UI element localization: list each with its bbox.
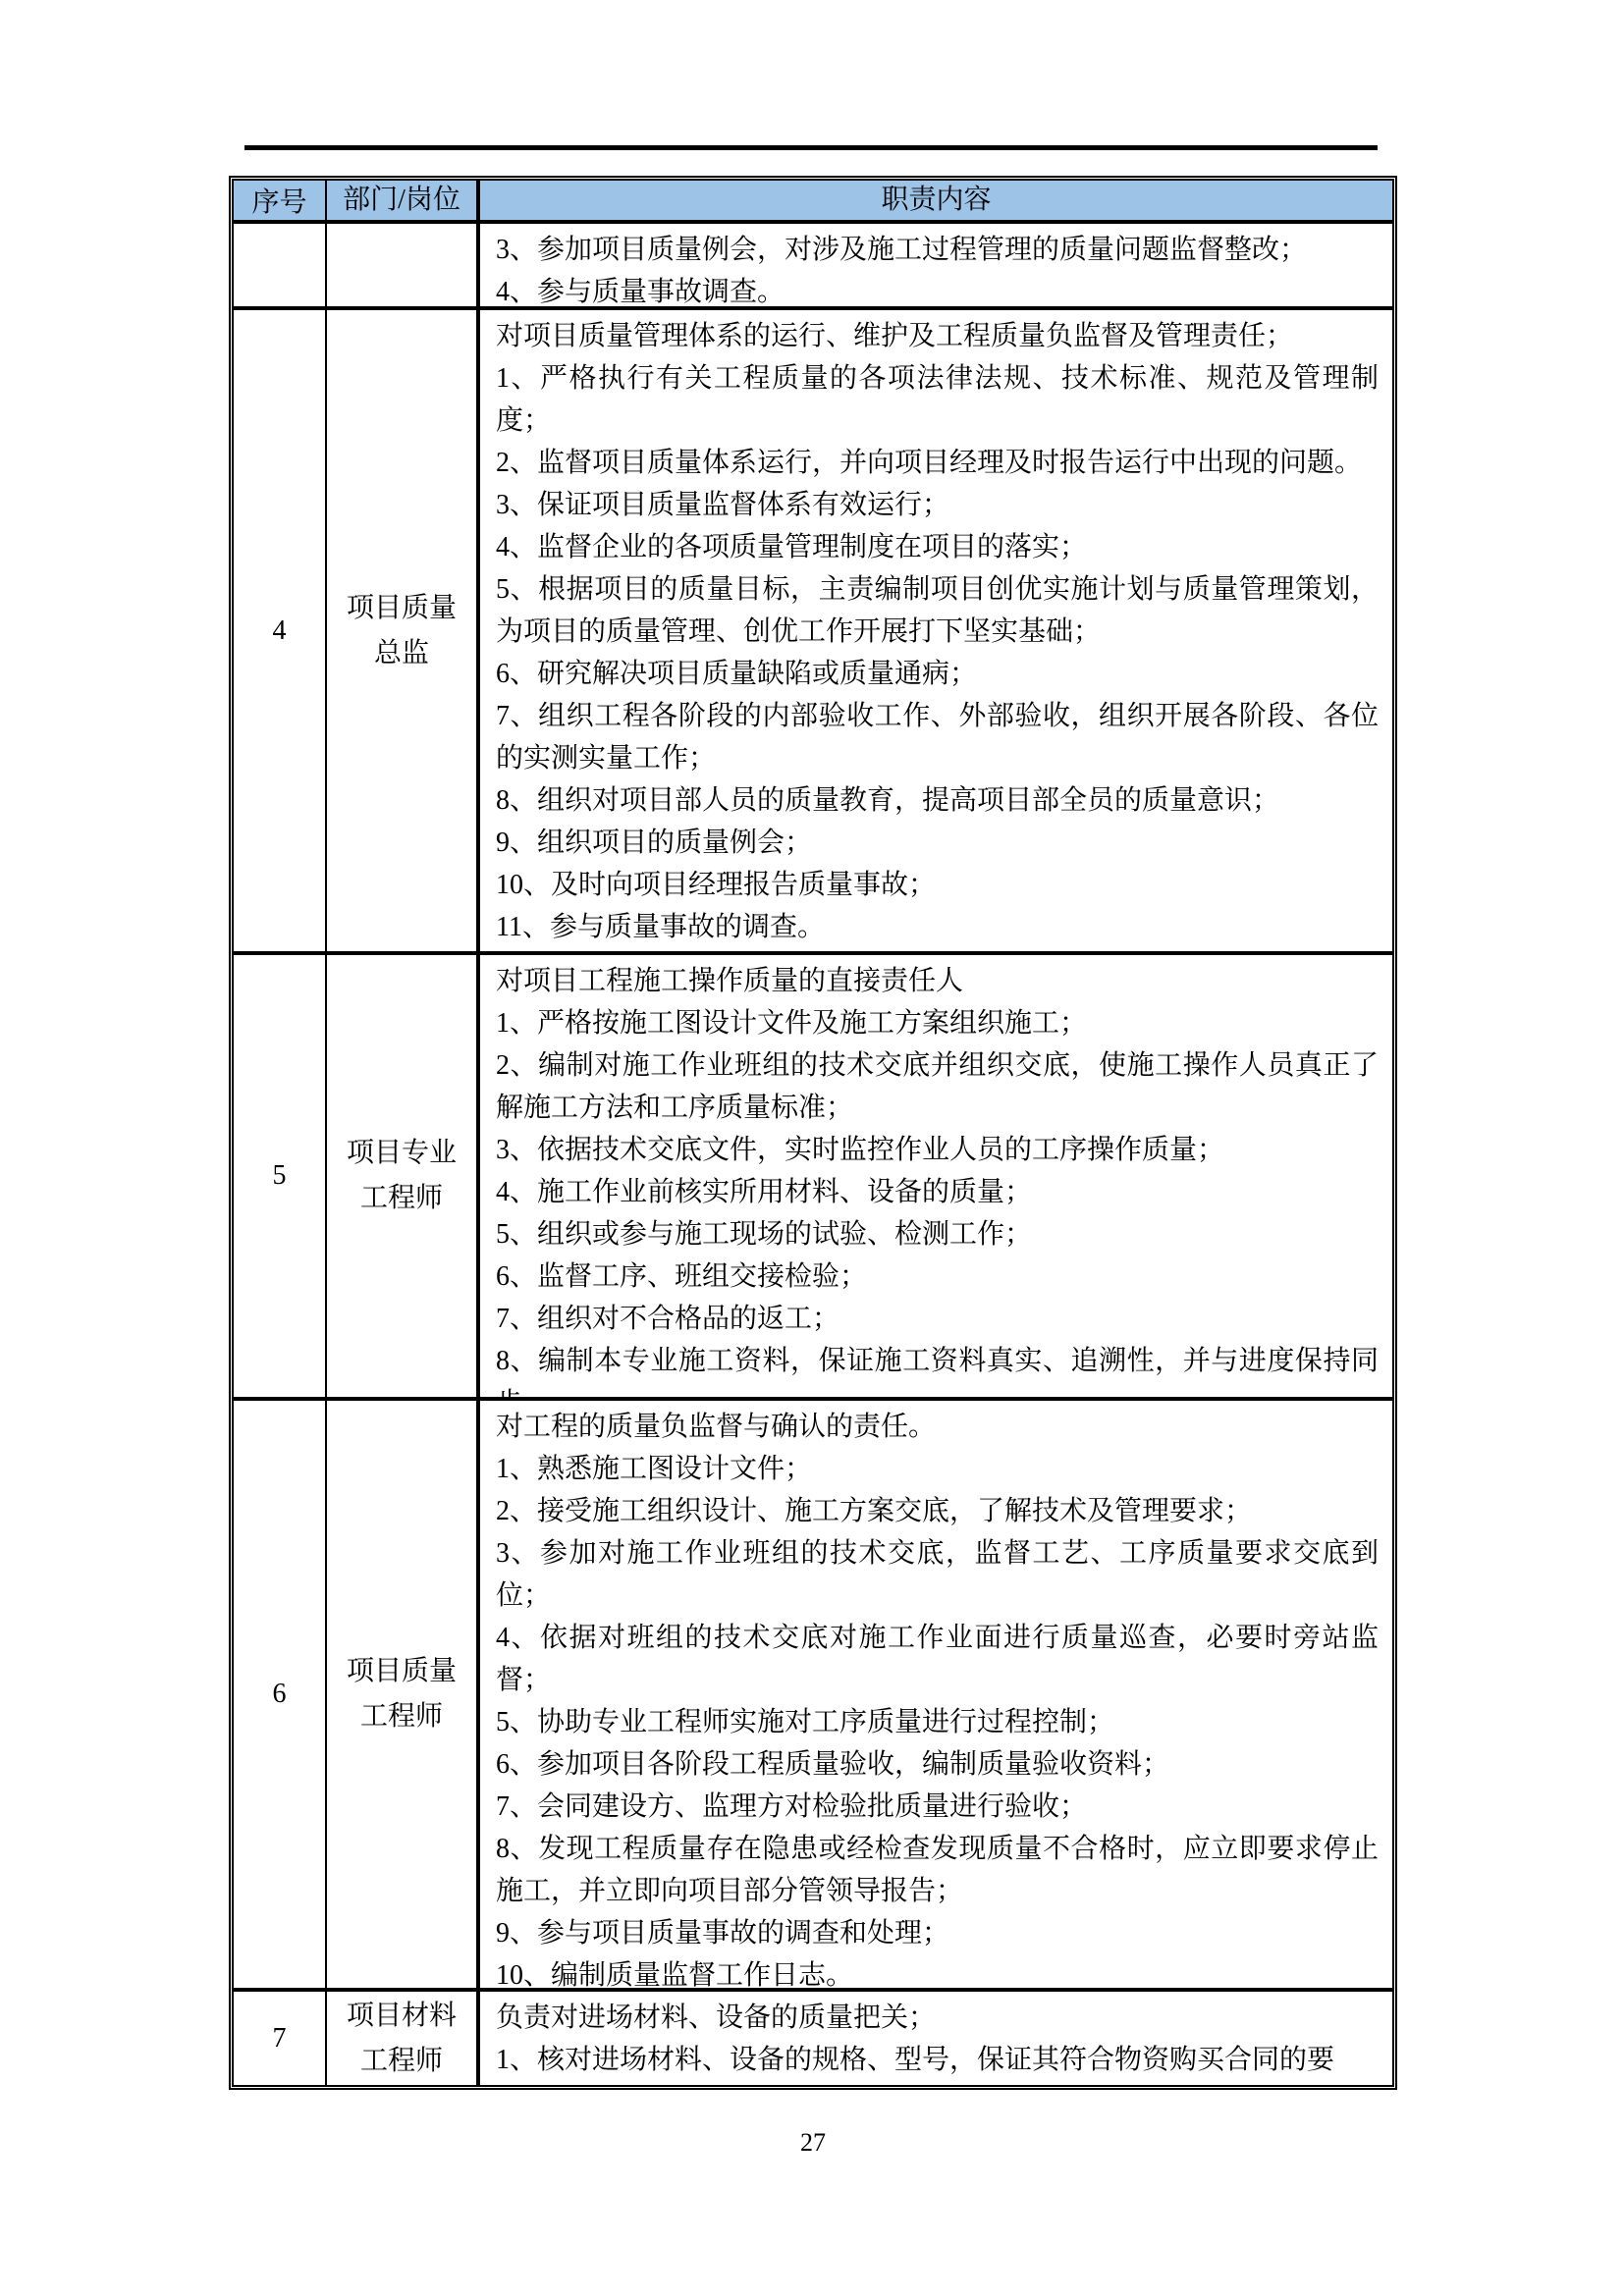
duty-item: 7、组织对不合格品的返工；: [496, 1298, 1379, 1340]
row-department-cell: 项目专业 工程师: [327, 955, 480, 1397]
duty-item: 对项目质量管理体系的运行、维护及工程质量负监督及管理责任；: [496, 315, 1379, 357]
duty-item: 3、保证项目质量监督体系有效运行；: [496, 484, 1379, 526]
duty-item: 7、组织工程各阶段的内部验收工作、外部验收，组织开展各阶段、各位的实测实量工作；: [496, 695, 1379, 779]
duty-item: 10、及时向项目经理报告质量事故；: [496, 864, 1379, 906]
duty-item: 6、参加项目各阶段工程质量验收，编制质量验收资料；: [496, 1743, 1379, 1786]
table-row: 3、参加项目质量例会，对涉及施工过程管理的质量问题监督整改；4、参与质量事故调查…: [234, 224, 1392, 310]
duty-item: 5、根据项目的质量目标，主责编制项目创优实施计划与质量管理策划，为项目的质量管理…: [496, 568, 1379, 653]
duty-item: 对工程的质量负监督与确认的责任。: [496, 1406, 1379, 1448]
responsibilities-table: 序号 部门/岗位 职责内容 3、参加项目质量例会，对涉及施工过程管理的质量问题监…: [229, 176, 1397, 2090]
duty-item: 3、参加对施工作业班组的技术交底，监督工艺、工序质量要求交底到位；: [496, 1532, 1379, 1617]
duty-item: 2、监督项目质量体系运行，并向项目经理及时报告运行中出现的问题。: [496, 442, 1379, 484]
duty-item: 9、参与项目质量事故的调查和处理；: [496, 1912, 1379, 1954]
duty-item: 8、编制本专业施工资料，保证施工资料真实、追溯性，并与进度保持同步。: [496, 1340, 1379, 1397]
row-duty-cell: 对项目质量管理体系的运行、维护及工程质量负监督及管理责任；1、严格执行有关工程质…: [480, 310, 1392, 951]
duty-item: 对项目工程施工操作质量的直接责任人: [496, 960, 1379, 1002]
row-department-cell: 项目材料 工程师: [327, 1992, 480, 2085]
header-cell-number: 序号: [234, 181, 327, 220]
duty-item: 11、参与质量事故的调查。: [496, 906, 1379, 948]
table-row: 4 项目质量 总监 对项目质量管理体系的运行、维护及工程质量负监督及管理责任；1…: [234, 310, 1392, 955]
header-rule: [244, 145, 1378, 150]
row-duty-cell: 对工程的质量负监督与确认的责任。1、熟悉施工图设计文件；2、接受施工组织设计、施…: [480, 1401, 1392, 1988]
table-header-row: 序号 部门/岗位 职责内容: [234, 181, 1392, 224]
duty-item: 5、组织或参与施工现场的试验、检测工作；: [496, 1213, 1379, 1255]
duty-item: 2、接受施工组织设计、施工方案交底，了解技术及管理要求；: [496, 1490, 1379, 1532]
duty-item: 4、施工作业前核实所用材料、设备的质量；: [496, 1171, 1379, 1213]
duty-item: 7、会同建设方、监理方对检验批质量进行验收；: [496, 1786, 1379, 1828]
row-duty-cell: 对项目工程施工操作质量的直接责任人1、严格按施工图设计文件及施工方案组织施工；2…: [480, 955, 1392, 1397]
duty-item: 1、严格按施工图设计文件及施工方案组织施工；: [496, 1002, 1379, 1044]
duty-item: 8、发现工程质量存在隐患或经检查发现质量不合格时，应立即要求停止施工，并立即向项…: [496, 1828, 1379, 1912]
duty-item: 6、研究解决项目质量缺陷或质量通病；: [496, 653, 1379, 695]
header-cell-department: 部门/岗位: [327, 181, 480, 220]
duty-item: 9、组织项目的质量例会；: [496, 822, 1379, 864]
table-row: 7 项目材料 工程师 负责对进场材料、设备的质量把关；1、核对进场材料、设备的规…: [234, 1992, 1392, 2085]
duty-item: 1、严格执行有关工程质量的各项法律法规、技术标准、规范及管理制度；: [496, 357, 1379, 442]
page-number: 27: [229, 2128, 1397, 2158]
header-cell-duty: 职责内容: [480, 181, 1392, 220]
duty-item: 10、编制质量监督工作日志。: [496, 1954, 1379, 1988]
table-row: 5 项目专业 工程师 对项目工程施工操作质量的直接责任人1、严格按施工图设计文件…: [234, 955, 1392, 1401]
row-number-cell: 5: [234, 955, 327, 1397]
row-department-cell: 项目质量 总监: [327, 310, 480, 951]
row-department-cell: 项目质量 工程师: [327, 1401, 480, 1988]
row-duty-cell: 负责对进场材料、设备的质量把关；1、核对进场材料、设备的规格、型号，保证其符合物…: [480, 1992, 1392, 2085]
table-row: 6 项目质量 工程师 对工程的质量负监督与确认的责任。1、熟悉施工图设计文件；2…: [234, 1401, 1392, 1992]
row-number-cell: 6: [234, 1401, 327, 1988]
duty-item: 8、组织对项目部人员的质量教育，提高项目部全员的质量意识；: [496, 779, 1379, 822]
row-number-cell: 4: [234, 310, 327, 951]
duty-item: 4、依据对班组的技术交底对施工作业面进行质量巡查，必要时旁站监督；: [496, 1617, 1379, 1701]
document-page: 序号 部门/岗位 职责内容 3、参加项目质量例会，对涉及施工过程管理的质量问题监…: [0, 0, 1624, 2296]
duty-item: 4、监督企业的各项质量管理制度在项目的落实；: [496, 526, 1379, 568]
row-number-cell: [234, 224, 327, 306]
row-duty-cell: 3、参加项目质量例会，对涉及施工过程管理的质量问题监督整改；4、参与质量事故调查…: [480, 224, 1392, 306]
duty-item: 6、监督工序、班组交接检验；: [496, 1255, 1379, 1298]
duty-item: 2、编制对施工作业班组的技术交底并组织交底，使施工操作人员真正了解施工方法和工序…: [496, 1044, 1379, 1129]
duty-item: 1、熟悉施工图设计文件；: [496, 1448, 1379, 1490]
duty-item: 1、核对进场材料、设备的规格、型号，保证其符合物资购买合同的要: [496, 2039, 1379, 2081]
duty-item: 4、参与质量事故调查。: [496, 271, 1379, 306]
duty-item: 3、依据技术交底文件，实时监控作业人员的工序操作质量；: [496, 1129, 1379, 1171]
duty-item: 5、协助专业工程师实施对工序质量进行过程控制；: [496, 1701, 1379, 1743]
duty-item: 3、参加项目质量例会，对涉及施工过程管理的质量问题监督整改；: [496, 229, 1379, 271]
duty-item: 负责对进场材料、设备的质量把关；: [496, 1997, 1379, 2039]
row-number-cell: 7: [234, 1992, 327, 2085]
row-department-cell: [327, 224, 480, 306]
